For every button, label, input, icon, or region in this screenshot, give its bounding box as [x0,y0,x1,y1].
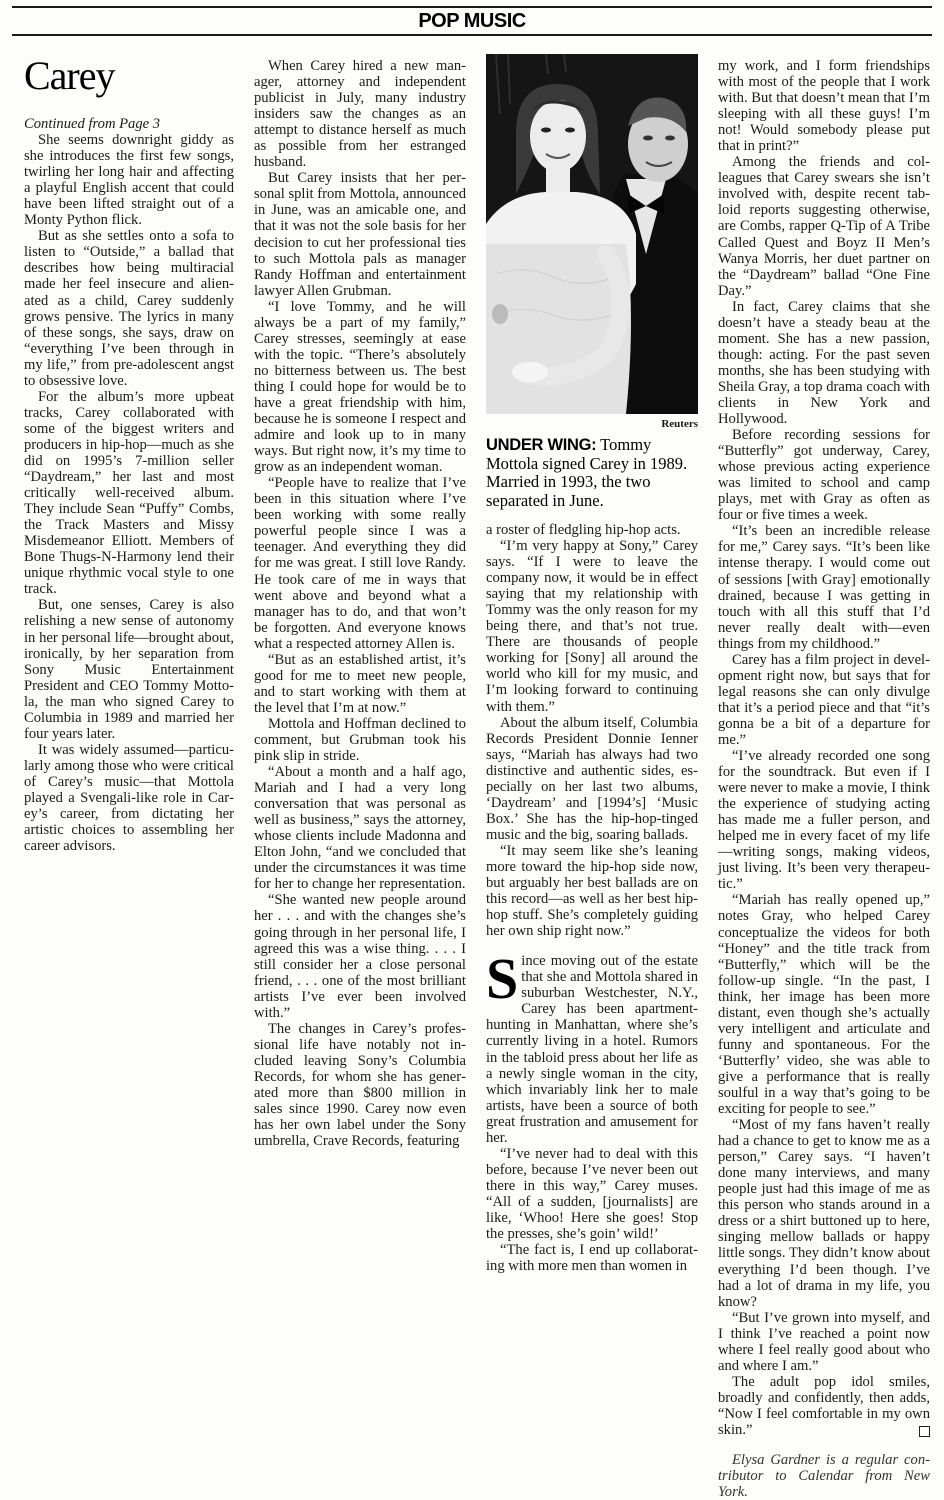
paragraph: “The fact is, I end up collaborat­ing wi… [486,1242,698,1274]
section-title: POP MUSIC [0,10,944,33]
paragraph: my work, and I form friendships with mos… [718,58,930,154]
photo-credit: Reuters [486,418,698,430]
author-tagline: Elysa Gardner is a regular con­tributor … [718,1452,930,1500]
headline: Carey [24,54,234,98]
paragraph: “I’ve never had to deal with this before… [486,1146,698,1242]
paragraph: “Most of my fans haven’t really had a ch… [718,1117,930,1310]
section-rule [12,34,932,36]
paragraph: But Carey insists that her per­sonal spl… [254,170,466,298]
drop-cap: S [486,953,518,1003]
paragraph: “But as an established artist, it’s good… [254,652,466,716]
paragraph: “It’s been an incredible release for me,… [718,523,930,651]
article-column-4: my work, and I form friendships with mos… [718,58,930,1500]
paragraph: About the album itself, Columbia Records… [486,715,698,843]
paragraph: “But I’ve grown into myself, and I think… [718,1310,930,1374]
paragraph: “Mariah has really opened up,” notes Gra… [718,892,930,1117]
paragraph: But, one senses, Carey is also relishing… [24,597,234,741]
paragraph: In fact, Carey claims that she doesn’t h… [718,299,930,427]
newspaper-page: POP MUSIC Carey Continued from Page 3 Sh… [0,0,944,1500]
paragraph: Carey has a film project in devel­opment… [718,652,930,748]
paragraph: She seems downright giddy as she introdu… [24,132,234,228]
paragraph: It was widely assumed—particu­larly amon… [24,742,234,854]
end-mark-icon [919,1426,930,1437]
article-column-3: Reuters UNDER WING: Tommy Mottola signed… [486,46,698,1274]
article-column-1: Carey Continued from Page 3 She seems do… [24,46,234,854]
final-paragraph: The adult pop idol smiles, broadly and c… [718,1374,930,1438]
caption-lead: UNDER WING: [486,436,596,454]
paragraph: “It may seem like she’s leaning more tow… [486,843,698,939]
paragraph: When Carey hired a new man­ager, attorne… [254,58,466,170]
paragraph: “I’m very happy at Sony,” Carey says. “I… [486,538,698,715]
photo-caption: UNDER WING: Tommy Mottola signed Carey i… [486,436,698,510]
news-photo [486,54,698,414]
continued-from-line: Continued from Page 3 [24,116,234,132]
paragraph: But as she settles onto a sofa to listen… [24,228,234,388]
paragraph: “About a month and a half ago, Mariah an… [254,764,466,892]
paragraph: a roster of fledgling hip-hop acts. [486,522,698,538]
paragraph: “She wanted new people around her . . . … [254,892,466,1020]
photo-image [486,54,698,414]
paragraph: Among the friends and col­leagues that C… [718,154,930,298]
dropcap-paragraph: Since moving out of the estate that she … [486,953,698,1146]
paragraph: Before recording sessions for “Butterfly… [718,427,930,523]
paragraph-text: The adult pop idol smiles, broadly and c… [718,1374,930,1438]
paragraph: “I’ve already recorded one song for the … [718,748,930,892]
top-rule [12,6,932,8]
paragraph: For the album’s more upbeat tracks, Care… [24,389,234,598]
paragraph: “People have to realize that I’ve been i… [254,475,466,652]
paragraph: Mottola and Hoffman declined to comment,… [254,716,466,764]
paragraph: The changes in Carey’s profes­sional lif… [254,1021,466,1149]
article-column-2: When Carey hired a new man­ager, attorne… [254,58,466,1149]
paragraph: “I love Tommy, and he will always be a p… [254,299,466,476]
